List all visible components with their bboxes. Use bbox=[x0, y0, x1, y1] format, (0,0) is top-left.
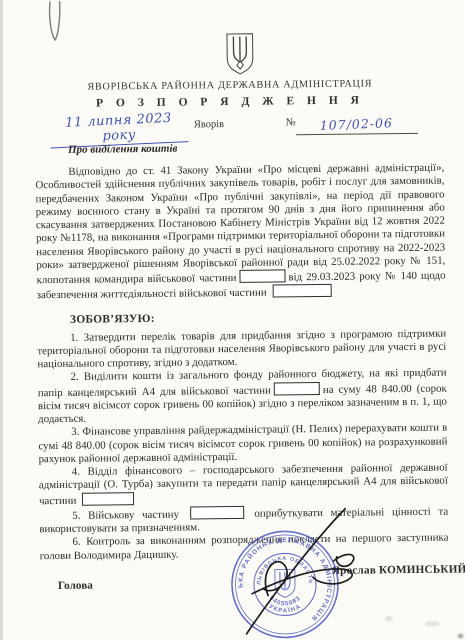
number-sign: № bbox=[286, 117, 296, 128]
preamble-text-1: Відповідно до ст. 41 Закону України «Про… bbox=[35, 162, 445, 287]
order-item-1: 1. Затвердити перелік товарів для придба… bbox=[37, 327, 446, 371]
redaction-box-unit-1 bbox=[239, 269, 285, 283]
order-heading: ЗОБОВ’ЯЗУЮ: bbox=[37, 309, 446, 326]
scanned-document-page: ЯВОРІВСЬКА РАЙОННА ДЕРЖАВНА АДМІНІСТРАЦІ… bbox=[0, 0, 465, 640]
redaction-box-unit-3 bbox=[274, 382, 320, 396]
scan-artifact bbox=[425, 622, 439, 626]
place-name: Яворів bbox=[194, 119, 224, 130]
coat-of-arms-trident-icon bbox=[224, 32, 256, 76]
signer-position: Голова bbox=[58, 580, 93, 592]
redaction-box-unit-4 bbox=[82, 492, 134, 506]
paper-sheet: ЯВОРІВСЬКА РАЙОННА ДЕРЖАВНА АДМІНІСТРАЦІ… bbox=[0, 0, 465, 640]
preamble-paragraph: Відповідно до ст. 41 Закону України «Про… bbox=[35, 162, 446, 303]
date-number-row: 11 липня 2023 року Яворів № 107/02-06 bbox=[0, 107, 463, 138]
order-item-3: 3. Фінансове управління райдержадміністр… bbox=[38, 422, 447, 466]
order-item-2: 2. Виділити кошти із загального фонду ра… bbox=[38, 367, 448, 427]
document-number-line: 107/02-06 bbox=[296, 116, 418, 135]
organization-name: ЯВОРІВСЬКА РАЙОННА ДЕРЖАВНА АДМІНІСТРАЦІ… bbox=[0, 77, 462, 93]
scan-artifact bbox=[385, 616, 392, 621]
handwritten-number: 107/02-06 bbox=[320, 115, 394, 133]
scan-artifact bbox=[458, 634, 463, 638]
handwritten-signature bbox=[215, 499, 367, 640]
item5-text-1: 5. Військову частину bbox=[72, 508, 179, 521]
redaction-box-unit-2 bbox=[272, 284, 331, 298]
